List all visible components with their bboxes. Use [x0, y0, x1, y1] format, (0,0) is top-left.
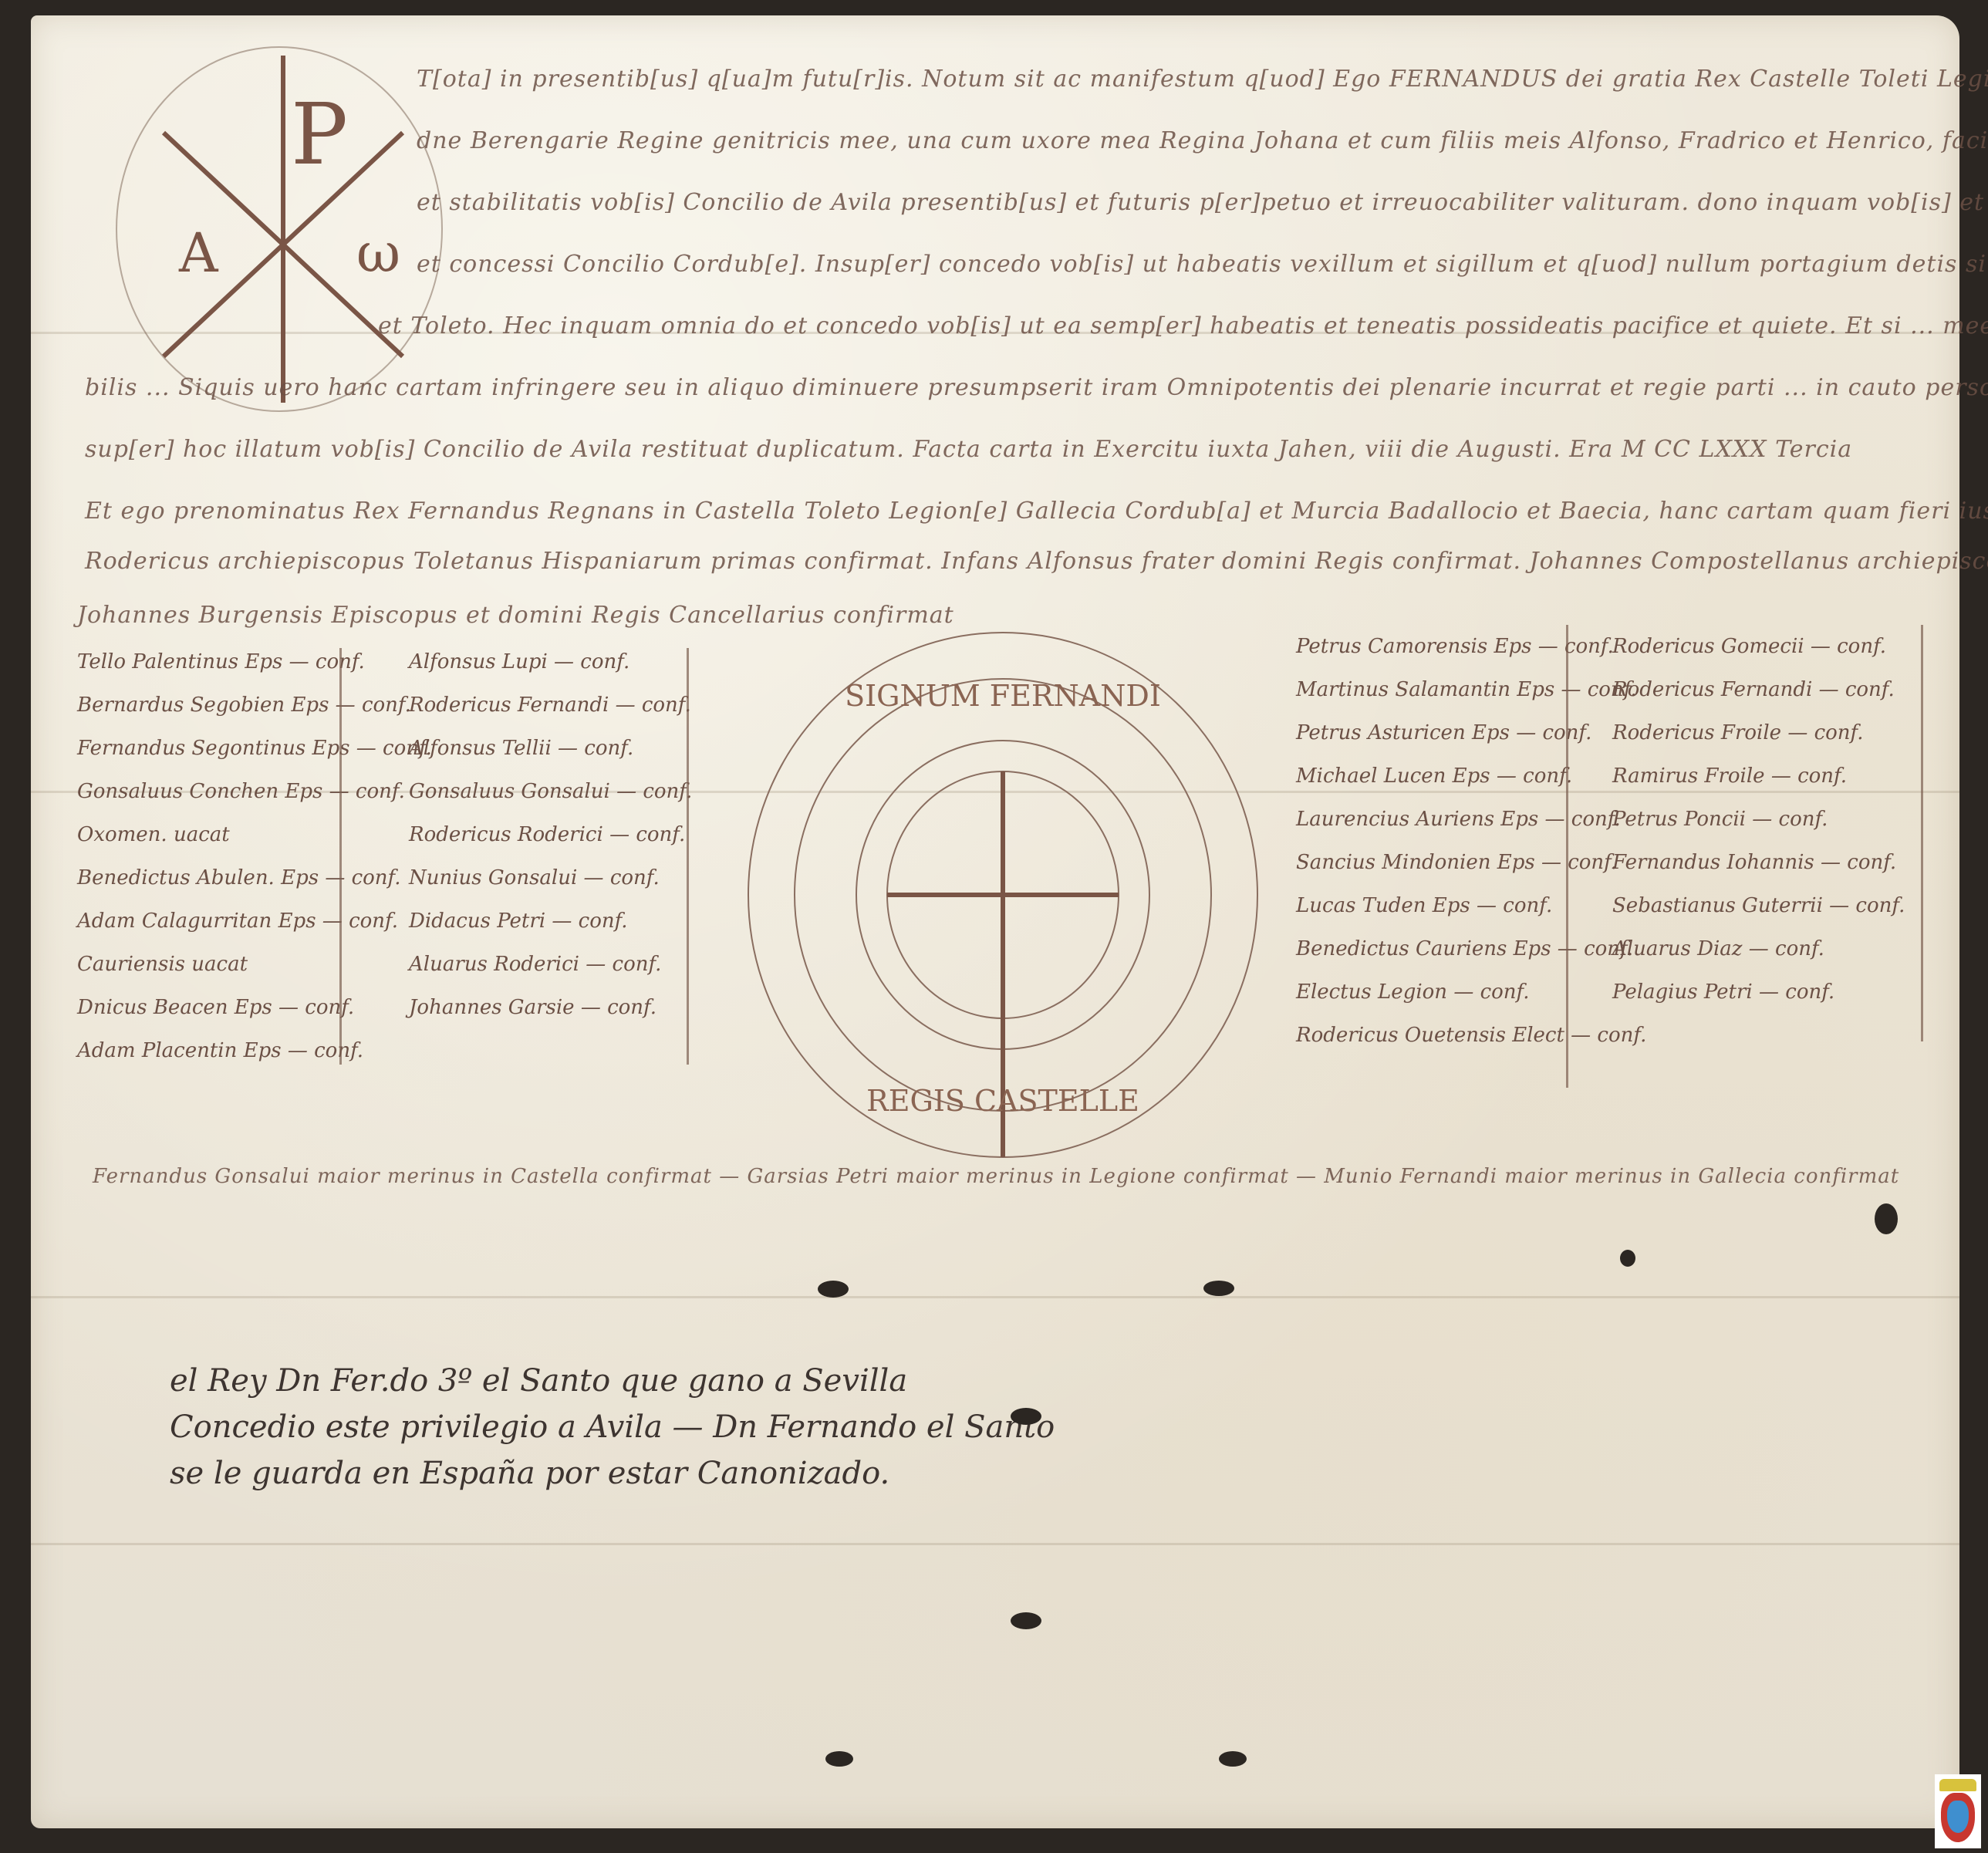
body-line-4: et concessi Concilio Cordub[e]. Insup[er… — [417, 251, 1988, 278]
later-annotation: el Rey Dn Fer.do 3º el Santo que gano a … — [170, 1358, 1055, 1497]
witness-column-3: Petrus Camorensis Eps — conf. Martinus S… — [1296, 625, 1646, 1057]
witness-column-1: Tello Palentinus Eps — conf. Bernardus S… — [77, 640, 432, 1072]
svg-text:REGIS CASTELLE: REGIS CASTELLE — [866, 1084, 1139, 1118]
body-line-8: Et ego prenominatus Rex Fernandus Regnan… — [85, 498, 1988, 525]
body-line-5: et Toleto. Hec inquam omnia do et conced… — [378, 312, 1988, 339]
chrismon-monogram: P A ω — [116, 46, 443, 412]
svg-text:ω: ω — [356, 221, 400, 285]
body-line-2: dne Berengarie Regine genitricis mee, un… — [417, 127, 1988, 154]
body-line-3: et stabilitatis vob[is] Concilio de Avil… — [417, 189, 1988, 216]
witness-column-2: Alfonsus Lupi — conf. Rodericus Fernandi… — [409, 640, 692, 1029]
parchment-charter: P A ω T[ota] in presentib[us] q[ua]m fut… — [31, 15, 1959, 1828]
svg-text:A: A — [178, 221, 219, 285]
svg-text:P: P — [291, 85, 348, 184]
rota-royal-seal: SIGNUM FERNANDI REGIS CASTELLE — [741, 625, 1265, 1165]
bottom-witness-line: Fernandus Gonsalui maior merinus in Cast… — [93, 1165, 1899, 1188]
witness-column-4: Rodericus Gomecii — conf. Rodericus Fern… — [1612, 625, 1905, 1014]
body-line-6: bilis ... Siquis uero hanc cartam infrin… — [85, 374, 1988, 401]
body-line-7: sup[er] hoc illatum vob[is] Concilio de … — [85, 436, 1852, 463]
avila-coat-of-arms-logo — [1935, 1774, 1981, 1848]
svg-text:SIGNUM FERNANDI: SIGNUM FERNANDI — [845, 679, 1161, 713]
body-line-1: T[ota] in presentib[us] q[ua]m futu[r]is… — [417, 66, 1988, 93]
body-line-9: Rodericus archiepiscopus Toletanus Hispa… — [85, 548, 1988, 575]
